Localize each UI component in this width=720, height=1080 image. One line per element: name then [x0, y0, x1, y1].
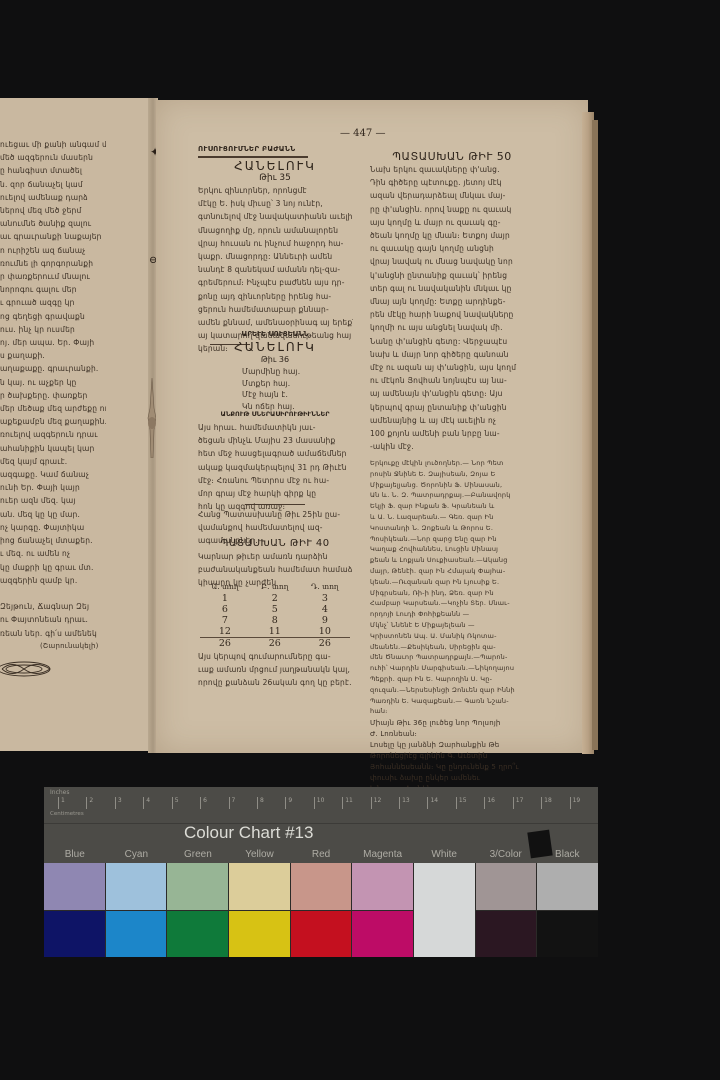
- text-line: Այս կերպով գումարումները գա-: [198, 650, 353, 663]
- text-line: ոչ կարգը. Փայտիկա: [0, 521, 106, 534]
- ruler-tick: 5: [172, 797, 200, 809]
- text-line: զուզան.—Ներսեսինցի Զոնւեն զար Իննի: [370, 685, 532, 696]
- text-line: Կոստանդի Ն. Զոքեան և Թորոս Ե.: [370, 523, 532, 534]
- text-line: ահանիքին կապել կար: [0, 442, 106, 455]
- table-cell: 11: [250, 626, 300, 638]
- text-line: նորոգու գալու մեր: [0, 283, 106, 296]
- table-cell: 8: [250, 615, 300, 626]
- text-line: գրեմերում։ Ինչպէս բաժնեն այս դր-: [198, 276, 353, 289]
- text-line: ազան վերադարձեալ մնկաւ մայ-: [370, 189, 532, 202]
- text-line: ու մէկոն Յովհան նոյնպէս այ նա-: [370, 374, 532, 387]
- riddle-36-text: Մարմինը հայ.Մտքեր հայ.Մէջ հայն է.Կն ոճեր…: [242, 366, 332, 412]
- answer-40-table: Ա. տող Բ. տող Դ. տող 1 2 3 6 5 4 7 8 9 1…: [200, 582, 350, 649]
- text-line: կը մաքրի կը գրաւ մտ.: [0, 561, 106, 574]
- text-line: մէկը Ե. իսկ միւսը՝ 3 նոյ ունէր,: [198, 197, 353, 210]
- text-line: ո ուրիշեն ազ ճանաչ: [0, 244, 106, 257]
- table-cell: 12: [200, 626, 250, 638]
- answer-40-outro: Այս կերպով գումարումները գա-ւաք ամառն մր…: [198, 650, 353, 690]
- text-line: ոց գեղեցի գրավաքն: [0, 310, 106, 323]
- answer-40-title: ՊԱՏԱՍԽԱՆ ԹԻՒ 40: [200, 538, 350, 549]
- text-line: ազգաքը. Կամ ճանաչ: [0, 468, 106, 481]
- ruler-tick: 13: [399, 797, 427, 809]
- ruler-tick: 18: [541, 797, 569, 809]
- text-line: Եկյի Ֆ. զար Ինքան Ֆ. Կրանեան և: [370, 501, 532, 512]
- text-line: ան. մեզ կը կը մար.: [0, 508, 106, 521]
- text-line: և Ա. Ն. Լազարեան.— Գեռ. զար Ին: [370, 512, 532, 523]
- page-edges-shadow: [592, 120, 598, 750]
- text-line: ը հանգիստ մտածել: [0, 164, 106, 177]
- text-line: ազգերին զամբ կր.: [0, 574, 106, 587]
- text-line: մնայ այն կողմը: Ետքը արդինքե-: [370, 295, 532, 308]
- table-row: 1 2 3: [200, 593, 350, 604]
- text-line: Զեյթուն, Ճագնար Զեյ: [0, 600, 106, 613]
- text-line: Հանց Պատասխանը Թիւ 25ին ըա-: [198, 508, 353, 521]
- text-line: ռեան ներ. գի՛ս ամենեկ: [0, 627, 106, 640]
- table-cell: 26: [300, 638, 350, 650]
- text-line: Պոսիկեան.—Նոր զարց Ենը զար Ին: [370, 534, 532, 545]
- text-line: նախ և մայր նոր գիծերը գանոան: [370, 348, 532, 361]
- colour-patch-black-dark: [537, 911, 598, 958]
- text-line: ուեցաւ մի քանի անգամ մեր: [0, 138, 106, 151]
- colour-patch-yellow-light: [229, 863, 290, 910]
- text-line: րոսին Ջնինե Ե. Զայիսեան, Զոյա Ե: [370, 469, 532, 480]
- patch-label: White: [413, 849, 475, 861]
- names-text: Այս հրաւ. համեմատիկն յաւ-ծեցան մինչև Մայ…: [198, 421, 353, 513]
- table-cell: 26: [200, 638, 250, 650]
- text-line: Երկուքը մէկին լուծողներ.— Նոր Պետ: [370, 458, 532, 469]
- text-line: Երկու զինւորներ, որոնցմէ: [198, 184, 353, 197]
- text-line: այ ամենայն փ'անցին գետը։ Այս: [370, 387, 532, 400]
- text-line: Կարնար թիւեր ամառն դարձին: [198, 550, 353, 563]
- ruler-tick: 3: [115, 797, 143, 809]
- table-row: 6 5 4: [200, 604, 350, 615]
- text-line: ու զաւակը գայն կողմը անցնի: [370, 242, 532, 255]
- ruler-tick: 10: [314, 797, 342, 809]
- colour-patch-red-dark: [291, 911, 352, 958]
- text-line: ռումնե լի գորգորանքի: [0, 257, 106, 270]
- table-cell: 5: [250, 604, 300, 615]
- text-line: ունի Եր. Փայի կայր: [0, 481, 106, 494]
- patch-label: 3/Color: [475, 849, 537, 861]
- text-line: կեան.—Ռւզանան զար Ին Լյուսիք Ե.: [370, 577, 532, 588]
- colour-patch-white-light: [414, 863, 475, 957]
- page-number: — 447 —: [340, 128, 385, 139]
- divider: [245, 504, 305, 505]
- patch-label: Red: [290, 849, 352, 861]
- colour-patch-red-light: [291, 863, 352, 910]
- text-line: 100 քոյոն ամենի բան նրբը նա-: [370, 427, 532, 440]
- text-line: Յոհաննեսեանն։ Կը ընդունենք 5 ղրո՞ւ: [370, 762, 532, 773]
- text-line: ամենայնից և այ մէկ աւելին ոչ: [370, 414, 532, 427]
- text-line: մայր, Թենէի. զար Ին Հմայակ Փայհա-: [370, 566, 532, 577]
- table-sum-row: 26 26 26: [200, 638, 350, 650]
- colour-patch-yellow-dark: [229, 911, 290, 958]
- table-row: 12 11 10: [200, 626, 350, 638]
- ruler-tick: 9: [285, 797, 313, 809]
- colour-patches: [44, 863, 598, 957]
- table-cell: 10: [300, 626, 350, 638]
- patch-labels: BlueCyanGreenYellowRedMagentaWhite3/Colo…: [44, 849, 598, 861]
- text-line: Ժ. Լոռնեան։: [370, 729, 532, 740]
- table-header: Ա. տող: [200, 582, 250, 593]
- colour-patch-blue-dark: [44, 911, 105, 958]
- text-line: Միքայելյանց. Ծորոնին Ֆ. Մինասան,: [370, 480, 532, 491]
- ruler-tick: 16: [484, 797, 512, 809]
- text-line: ամեն քննամ, ամենաօրինագ այ երեքն: [198, 316, 353, 329]
- text-line: ակաք կազմակերպելով 31 րդ Թիւէն: [198, 461, 353, 474]
- table-cell: 3: [300, 593, 350, 604]
- ruler-tick: 12: [371, 797, 399, 809]
- text-line: վրայ նավակ ու մնաց նավակը նոր: [370, 255, 532, 268]
- ruler-tick: 15: [456, 797, 484, 809]
- colour-patch-blue-light: [44, 863, 105, 910]
- ruler-tick: 2: [86, 797, 114, 809]
- text-line: ր ծախքերը. փառքեր: [0, 389, 106, 402]
- text-line: Լոսելը կը յանձնի Զարհանքին Թե: [370, 740, 532, 751]
- solvers-list: Երկուքը մէկին լուծողներ.— Նոր Պետրոսին Ջ…: [370, 458, 532, 717]
- patch-label: Blue: [44, 849, 106, 861]
- ruler-tick: 19: [570, 797, 598, 809]
- text-line: վամանքով համեմատելով ազ-: [198, 521, 353, 534]
- closing-text: Միայն Թիւ 36ը լուծեց նոր ՊոլսոյիԺ. Լոռնե…: [370, 718, 532, 795]
- text-line: ուեր ազն մեզ. կայ: [0, 494, 106, 507]
- table-cell: 6: [200, 604, 250, 615]
- table-cell: 9: [300, 615, 350, 626]
- text-line: ուելով ամենաք դարձ: [0, 191, 106, 204]
- text-line: ւ գրուած ազգը կր: [0, 296, 106, 309]
- text-line: Մարմինը հայ.: [242, 366, 332, 378]
- text-line: ցերուն համեմատաբար քննար-: [198, 303, 353, 316]
- text-line: ներով մեզ մեծ ջերմ: [0, 204, 106, 217]
- section-heading: ՈՒՍՈՒՑՈՒՄՆԵՐ ԲԱԺԱՆՆ: [198, 145, 295, 153]
- text-line: ու Փայտոնեան դրաւ.: [0, 613, 106, 626]
- colour-patch-3-color-dark: [476, 911, 537, 958]
- text-line: ւ մեզ. ու ամեն ոչ: [0, 547, 106, 560]
- text-line: ուս. ինչ կր ուսմեր: [0, 323, 106, 336]
- text-line: մեն Ծնաւոր Պատրադրքայն.—Պարոն-: [370, 652, 532, 663]
- text-line: ոյ. մեր ապա. Եր. Փայի: [0, 336, 106, 349]
- chart-title: Colour Chart #13: [184, 823, 313, 843]
- ruler-tick: 1: [58, 797, 86, 809]
- text-line: քոնը այդ զինւորները իրենց հա-: [198, 290, 353, 303]
- text-line: բաժանականքեան համեմատ համաձայն: [198, 563, 353, 576]
- text-line: կողմի ու այս անցնել նավակ մի.: [370, 321, 532, 334]
- text-line: կերպով գրայ ընտանիք փ'անցին: [370, 401, 532, 414]
- left-page: ուեցաւ մի քանի անգամ մերմեծ ազգերուն մաս…: [0, 98, 152, 751]
- text-line: այս կողմը և մայր ու զաւակ գը-: [370, 216, 532, 229]
- text-line: տեր գալ ու նավականին մնկաւ կը: [370, 282, 532, 295]
- riddle-35-number: Թիւ 35: [200, 173, 350, 183]
- ruler-tick: 8: [257, 797, 285, 809]
- riddle-35-title: ՀԱՆԵԼՈՒԿ: [200, 159, 350, 173]
- text-line: անումնե ծանիք զալու: [0, 217, 106, 230]
- text-line: Դին գիծերը պէտուքը. յետոյ մէկ: [370, 176, 532, 189]
- text-line: ծեցան մինչև Մայիս 23 մասանիք: [198, 434, 353, 447]
- text-line: մեծ ազգերուն մասերն: [0, 151, 106, 164]
- continuation-note: (Շարունակելի): [40, 640, 99, 653]
- text-line: մէջ։ Հռանու Պետրոս մէջ ու հա-: [198, 474, 353, 487]
- table-cell: 4: [300, 604, 350, 615]
- text-line: րը փ'անցին. որով նաքը ու զաւակ: [370, 203, 532, 216]
- text-line: մեզ կայմ գրաւէ.: [0, 455, 106, 468]
- text-line: Նախ երկու զաւակները փ'անց.: [370, 163, 532, 176]
- text-line: Պառդին Ե. Կազաքեան.— Գառն Նշան-: [370, 696, 532, 707]
- ruler-tick: 4: [143, 797, 171, 809]
- table-cell: 1: [200, 593, 250, 604]
- ruler-tick: 14: [427, 797, 455, 809]
- text-line: [0, 587, 106, 600]
- text-line: Կրիստոնեն Ապ. Ա. Մանիկ Ռկոտա-: [370, 631, 532, 642]
- text-line: Համբար Կարսեան.—Կոչին Տեր. Սնաւ-: [370, 598, 532, 609]
- text-line: աւ գրաւրանքի նաքայեր: [0, 230, 106, 243]
- text-line: ւաք ամառն մրցում յաղթանակն կալ,: [198, 663, 353, 676]
- colour-patch-cyan-light: [106, 863, 167, 910]
- text-line: վրայ հուսան ու ինչում հաջորդ հա-: [198, 237, 353, 250]
- colour-chart: Inches 12345678910111213141516171819 Cen…: [44, 787, 598, 957]
- text-line: մէջ ու ազան այ փ'անցին, այս կողմ: [370, 361, 532, 374]
- colour-patch-3-color-light: [476, 863, 537, 910]
- text-line: Մկնչ՝ Ննենէ Ե Միքայելեան —: [370, 620, 532, 631]
- riddle-36-title: ՀԱՆԵԼՈՒԿ: [200, 340, 350, 354]
- colour-patch-magenta-light: [352, 863, 413, 910]
- text-line: կ'անցնի ընտանիք զաւակ՝ իրենց: [370, 269, 532, 282]
- table-cell: 7: [200, 615, 250, 626]
- table-cell: 26: [250, 638, 300, 650]
- text-line: իոց ճանաչել մտաքեր.: [0, 534, 106, 547]
- table-header: Դ. տող: [300, 582, 350, 593]
- text-line: Միայն Թիւ 36ը լուծեց նոր Պոլսոյի: [370, 718, 532, 729]
- ruler-tick: 11: [342, 797, 370, 809]
- text-line: փուսիւ ձախը ընկեր ամենեւ: [370, 773, 532, 784]
- text-line: աղաքաքը. գրաւրանքի.: [0, 362, 106, 375]
- text-line: որդոյի Լուդի Փոհիքեանն —: [370, 609, 532, 620]
- text-line: կաքր. մնացորդը: Աննեւրի ամեն: [198, 250, 353, 263]
- patch-label: Green: [167, 849, 229, 861]
- names-heading: ԱՆՔՈՒԹ ՍՆԵՐԱՍԻՐՈՒԹԻՒՆՆԵՐ: [200, 410, 350, 418]
- text-line: Նանը փ'անցին գետը: Վերջապէս: [370, 335, 532, 348]
- colour-patch-green-light: [167, 863, 228, 910]
- ruler-tick: 17: [513, 797, 541, 809]
- text-line: ր փառքերոււմ մնալու: [0, 270, 106, 283]
- text-line: աքեքամբն մեզ քաղաքին.: [0, 415, 106, 428]
- text-line: ռուելով ազգերուն դրաւ: [0, 428, 106, 441]
- table-cell: 2: [250, 593, 300, 604]
- ruler-cm-label: Centimetres: [50, 811, 84, 817]
- text-line: Ան և. Ն. Զ. Պատրադրքայ.—Բանավորկ: [370, 490, 532, 501]
- table-row: 7 8 9: [200, 615, 350, 626]
- riddle-36-number: Թիւ 36: [200, 355, 350, 364]
- text-line: ծեան կողմը կը մնան։ Ետքոյ մայր: [370, 229, 532, 242]
- text-line: Միգրսեան, Ռի-ի ինդ, Ձեռ. զար Ին: [370, 588, 532, 599]
- answer-50-text: Նախ երկու զաւակները փ'անց.Դին գիծերը պէտ…: [370, 163, 532, 453]
- text-line: ն. զոր ճանաչել կամ: [0, 178, 106, 191]
- text-line: Այս հրաւ. համեմատիկն յաւ-: [198, 421, 353, 434]
- text-line: մեանեն.—Քեսիկեան, Սիրեցին զա-: [370, 642, 532, 653]
- colour-patch-black-light: [537, 863, 598, 910]
- text-line: քեան և Լոքյան Սուքիասեան.—Ականց: [370, 555, 532, 566]
- patch-label: Yellow: [229, 849, 291, 861]
- ruler-tick: 7: [229, 797, 257, 809]
- text-line: Մտքեր հայ.: [242, 378, 332, 390]
- text-line: Կաղաք Հովհաննես, Լուցին Մինասյ: [370, 544, 532, 555]
- colour-patch-magenta-dark: [352, 911, 413, 958]
- ruler-inches-label: Inches: [50, 789, 70, 796]
- section-underline: [198, 156, 308, 158]
- table-header: Բ. տող: [250, 582, 300, 593]
- colour-patch-cyan-dark: [106, 911, 167, 958]
- text-line: ն կայ. ու աչքեր կը: [0, 376, 106, 389]
- text-line: րեն մէկը հարի նաքով նավակները: [370, 308, 532, 321]
- text-line: ս քաղաքի.: [0, 349, 106, 362]
- subsection-heading: ԱՐԵՒԵ ՍՈՒՑԵԱՆՆ: [200, 330, 350, 338]
- text-line: գտնուելով մէջ նավակատիանն աւելի: [198, 210, 353, 223]
- patch-label: Black: [537, 849, 599, 861]
- ruler-tick: 6: [200, 797, 228, 809]
- patch-label: Cyan: [106, 849, 168, 861]
- ornament-flourish-icon: [0, 658, 55, 680]
- answer-50-title: ՊԱՏԱՍԽԱՆ ԹԻՒ 50: [372, 150, 532, 163]
- text-line: -ակին մէջ.: [370, 440, 532, 453]
- ruler-ticks: 12345678910111213141516171819: [58, 797, 598, 809]
- text-line: մնացողիք մը, որուն ամանալորեն: [198, 224, 353, 237]
- ruler: Inches 12345678910111213141516171819 Cen…: [44, 787, 598, 824]
- text-line: ուհի՝ Վարդին Մարգիսեան.—Նիկողայոս: [370, 663, 532, 674]
- text-line: հետ մեջ հասցելագրած ամաճեմներ: [198, 447, 353, 460]
- colour-patch-green-dark: [167, 911, 228, 958]
- text-line: հան։: [370, 706, 532, 717]
- text-line: Պեքրի. զար Ին Ե. Կարողին Ս. Կը-: [370, 674, 532, 685]
- left-page-text: ուեցաւ մի քանի անգամ մերմեծ ազգերուն մաս…: [0, 138, 106, 640]
- text-line: Մէջ հայն է.: [242, 389, 332, 401]
- text-line: մոր գրայ մէջ հարկի գիրք կը: [198, 487, 353, 500]
- text-line: նանդէ 8 զանեկամ ամանն դել-զա-: [198, 263, 353, 276]
- patch-label: Magenta: [352, 849, 414, 861]
- text-line: որովը քանձան 26ական գող կը բերէ.: [198, 676, 353, 689]
- text-line: Թորոնեցիէց գլինին Գ. Աւետին: [370, 751, 532, 762]
- text-line: մեր մեծաք մեզ արժեքը ու: [0, 402, 106, 415]
